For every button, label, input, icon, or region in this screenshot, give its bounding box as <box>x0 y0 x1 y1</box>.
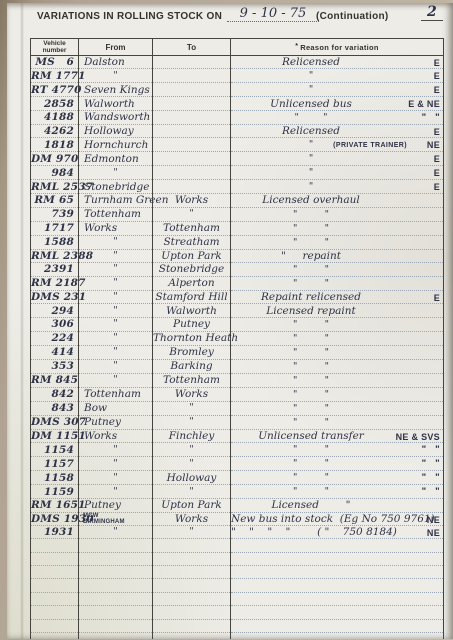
from-cell: Tottenham <box>79 387 153 401</box>
reason-text: " <box>309 70 313 81</box>
to-cell <box>153 539 231 552</box>
vehicle-number-cell: RM 1651 <box>31 499 79 512</box>
from-cell: " <box>79 331 153 345</box>
to-cell: Alperton <box>153 276 231 290</box>
vehicle-number-cell: 843 <box>31 401 79 415</box>
district-mark: " " <box>422 472 440 484</box>
reason-text: " " <box>293 403 329 414</box>
reason-cell <box>231 566 444 579</box>
from-cell: Bow <box>79 401 153 415</box>
vehicle-number-cell: 1717 <box>31 221 79 235</box>
page-crease <box>20 3 24 639</box>
reason-text: " <box>309 181 313 192</box>
table-row: 4188 Wandsworth " "" " <box>31 110 444 124</box>
district-mark: E <box>434 84 440 96</box>
table-row: RM 2187 " Alperton " " <box>31 276 444 290</box>
reason-cell: "E <box>231 166 444 180</box>
vehicle-number-cell: 1157 <box>31 457 79 471</box>
table-row: RML 2537 Stonebridge "E <box>31 180 444 194</box>
vehicle-number-cell: DM 1151 <box>31 429 79 442</box>
reason-text: " " <box>293 444 329 455</box>
reason-text: " " <box>295 112 328 123</box>
table-row <box>31 619 444 632</box>
table-row: 2391 " Stonebridge " " <box>31 262 444 276</box>
table-row: 306 " Putney " " <box>31 317 444 331</box>
reason-text: Licensed overhaul <box>262 194 359 206</box>
vehicle-number-cell: 4262 <box>31 124 79 137</box>
table-row: RM 65 Turnham Green Works Licensed overh… <box>31 194 444 207</box>
reason-cell: "(PRIVATE TRAINER)NE <box>231 138 444 152</box>
from-cell: Turnham Green <box>79 194 153 207</box>
to-cell: Finchley <box>153 429 231 442</box>
from-cell <box>79 579 153 592</box>
reason-cell: " " <box>231 276 444 290</box>
table-row: 1157 " " " "" " <box>31 457 444 471</box>
vehicle-number-cell: 306 <box>31 317 79 331</box>
table-row: 2858 Walworth Unlicensed busE & NE <box>31 97 444 110</box>
form-title: VARIATIONS IN ROLLING STOCK ON <box>37 11 222 22</box>
reason-cell: Licensed repaint <box>231 304 444 317</box>
from-cell: " <box>79 471 153 485</box>
table-row: 1159 " " " "" " <box>31 485 444 499</box>
table-row: 842 Tottenham Works " " <box>31 387 444 401</box>
reason-cell: " "" " <box>231 443 444 457</box>
from-cell <box>79 606 153 619</box>
reason-cell: RelicensedE <box>231 124 444 137</box>
from-cell: " <box>79 373 153 387</box>
to-cell: Streatham <box>153 235 231 249</box>
table-row: DMS 1930 MCW BIRMINGHAM Works New bus in… <box>31 512 444 525</box>
from-cell <box>79 619 153 632</box>
reason-text: " " <box>293 347 329 358</box>
table-row: 1158 " Holloway " "" " <box>31 471 444 485</box>
reason-text: " <box>309 84 313 95</box>
reason-cell: Unlicensed transferNE & SVS <box>231 429 444 442</box>
vehicle-number-cell <box>31 606 79 619</box>
from-cell: Walworth <box>79 97 153 110</box>
reason-cell: " " <box>231 317 444 331</box>
reason-text: " " <box>293 389 329 400</box>
reason-text: Unlicensed transfer <box>258 430 364 442</box>
table-row: 984 " "E <box>31 166 444 180</box>
reason-text: " <box>309 139 313 150</box>
continuation-label: (Continuation) <box>316 11 389 22</box>
table-header-row: Vehicle number From To *Reason for varia… <box>31 39 444 56</box>
from-cell <box>79 633 153 639</box>
reason-cell: " "" " <box>231 485 444 499</box>
reason-cell <box>231 619 444 632</box>
from-cell: " <box>79 166 153 180</box>
vehicle-number-cell: RM 2187 <box>31 276 79 290</box>
from-cell: Works <box>79 221 153 235</box>
to-cell: Upton Park <box>153 249 231 262</box>
from-cell: " <box>79 262 153 276</box>
table-row: RML 2388 " Upton Park " repaint <box>31 249 444 262</box>
to-cell: Stamford Hill <box>153 290 231 303</box>
from-cell <box>79 539 153 552</box>
reason-text: " " <box>293 472 329 483</box>
to-cell: Barking <box>153 359 231 373</box>
reason-cell: Licensed overhaul <box>231 194 444 207</box>
vehicle-number-cell <box>31 579 79 592</box>
to-cell: Works <box>153 387 231 401</box>
from-cell: Wandsworth <box>79 110 153 124</box>
reason-cell: " repaint <box>231 249 444 262</box>
vehicle-number-cell: RM 65 <box>31 194 79 207</box>
vehicle-number-cell: 842 <box>31 387 79 401</box>
vehicle-number-cell: 1818 <box>31 138 79 152</box>
vehicle-number-cell: 4188 <box>31 110 79 124</box>
to-cell <box>153 606 231 619</box>
reason-text: " <box>309 153 313 164</box>
vehicle-number-cell: 1931 <box>31 525 79 538</box>
vehicle-number-cell: DMS 231 <box>31 290 79 303</box>
reason-text: Licensed " <box>271 499 350 511</box>
from-cell: Dalston <box>79 56 153 69</box>
district-mark: NE <box>427 527 440 539</box>
vehicle-number-cell: RML 2537 <box>31 180 79 194</box>
rolling-stock-table: Vehicle number From To *Reason for varia… <box>30 38 444 639</box>
vehicle-number-cell: DMS 1930 <box>31 512 79 525</box>
reason-cell: " "" " <box>231 110 444 124</box>
reason-text: " " <box>293 209 329 220</box>
to-cell: Thornton Heath <box>153 331 231 345</box>
date-handwritten: 9 - 10 - 75 <box>227 6 319 22</box>
reason-cell: " " <box>231 387 444 401</box>
reason-cell: Repaint relicensedE <box>231 290 444 303</box>
to-cell: Tottenham <box>153 373 231 387</box>
to-cell <box>153 56 231 69</box>
vehicle-number-cell: 1588 <box>31 235 79 249</box>
reason-cell: " " <box>231 373 444 387</box>
to-cell: Upton Park <box>153 499 231 512</box>
from-cell: " <box>79 317 153 331</box>
to-cell: " <box>153 457 231 471</box>
from-cell: Putney <box>79 499 153 512</box>
table-row: DMS 307 Putney " " " <box>31 415 444 429</box>
reason-text: Unlicensed bus <box>270 98 352 110</box>
vehicle-number-cell: RM 845 <box>31 373 79 387</box>
from-cell: Works <box>79 429 153 442</box>
to-cell: Walworth <box>153 304 231 317</box>
district-mark: NE <box>427 139 440 151</box>
to-cell <box>153 69 231 83</box>
table-row: 224 " Thornton Heath " " <box>31 331 444 345</box>
reason-text: " " " " ( " 750 8184) <box>231 526 397 538</box>
reason-cell: Licensed " <box>231 499 444 512</box>
reason-cell <box>231 579 444 592</box>
reason-cell: " " <box>231 235 444 249</box>
reason-text: " repaint <box>281 250 341 262</box>
reason-cell <box>231 592 444 605</box>
vehicle-number-cell: 224 <box>31 331 79 345</box>
table-row <box>31 539 444 552</box>
reason-text: " " <box>293 486 329 497</box>
reason-text: " " <box>293 278 329 289</box>
reason-text: " " <box>293 237 329 248</box>
asterisk-icon: * <box>295 43 298 50</box>
reason-cell: "E <box>231 83 444 97</box>
to-cell <box>153 619 231 632</box>
reason-cell: " " <box>231 221 444 235</box>
reason-cell: " "" " <box>231 471 444 485</box>
table-row: 1154 " " " "" " <box>31 443 444 457</box>
reason-text: New bus into stock (Eg No 750 9761) <box>231 513 435 525</box>
reason-text: Relicensed <box>282 125 340 137</box>
to-cell: Bromley <box>153 345 231 359</box>
to-cell <box>153 97 231 110</box>
reason-cell: " " <box>231 331 444 345</box>
vehicle-number-cell <box>31 552 79 565</box>
vehicle-number-cell <box>31 592 79 605</box>
district-mark: E <box>434 126 440 138</box>
to-cell: " <box>153 485 231 499</box>
to-cell: Works <box>153 512 231 525</box>
district-mark: " " <box>422 486 440 498</box>
to-cell <box>153 579 231 592</box>
vehicle-number-cell: RM 1771 <box>31 69 79 83</box>
table-row: 843 Bow " " " <box>31 401 444 415</box>
reason-text: Licensed repaint <box>266 305 355 317</box>
to-cell: " <box>153 443 231 457</box>
vehicle-number-cell: RML 2388 <box>31 249 79 262</box>
district-mark: " " <box>422 444 440 456</box>
table-row <box>31 606 444 619</box>
reason-text: " <box>309 167 313 178</box>
district-mark: E <box>434 153 440 165</box>
from-cell: " <box>79 457 153 471</box>
table-row: 4262 Holloway RelicensedE <box>31 124 444 137</box>
district-mark: " " <box>422 458 440 470</box>
district-mark: E <box>434 57 440 69</box>
table-row: DM 970 Edmonton "E <box>31 152 444 166</box>
from-cell: " <box>79 276 153 290</box>
table-row: 353 " Barking " " <box>31 359 444 373</box>
reason-cell: " " " " ( " 750 8184)NE <box>231 525 444 538</box>
table-row <box>31 552 444 565</box>
to-cell <box>153 633 231 639</box>
vehicle-number-cell: 2391 <box>31 262 79 276</box>
vehicle-number-cell: 353 <box>31 359 79 373</box>
to-cell <box>153 566 231 579</box>
reason-cell: " " <box>231 262 444 276</box>
table-row: 1588 " Streatham " " <box>31 235 444 249</box>
from-cell: " <box>79 69 153 83</box>
table-row: RM 1771 " "E <box>31 69 444 83</box>
from-cell <box>79 592 153 605</box>
from-cell: Hornchurch <box>79 138 153 152</box>
header-to: To <box>153 39 231 56</box>
from-cell: Holloway <box>79 124 153 137</box>
from-cell: Stonebridge <box>79 180 153 194</box>
from-cell <box>79 566 153 579</box>
reason-text: " " <box>293 264 329 275</box>
reason-text: " " <box>293 361 329 372</box>
vehicle-number-cell: 1158 <box>31 471 79 485</box>
table-row: 1931 " " " " " " ( " 750 8184)NE <box>31 525 444 538</box>
table-row: RM 1651 Putney Upton Park Licensed " <box>31 499 444 512</box>
from-cell: " <box>79 235 153 249</box>
vehicle-number-cell <box>31 633 79 639</box>
table-row: DMS 231 " Stamford Hill Repaint relicens… <box>31 290 444 303</box>
district-mark: E & NE <box>408 98 440 110</box>
from-cell: MCW BIRMINGHAM <box>79 512 153 525</box>
document-page: VARIATIONS IN ROLLING STOCK ON 9 - 10 - … <box>7 3 453 639</box>
from-cell: Seven Kings <box>79 83 153 97</box>
vehicle-number-cell: 984 <box>31 166 79 180</box>
reason-cell: " " <box>231 345 444 359</box>
vehicle-number-cell <box>31 539 79 552</box>
district-mark: E <box>434 292 440 304</box>
from-cell: " <box>79 359 153 373</box>
vehicle-number-cell: 414 <box>31 345 79 359</box>
from-cell: " <box>79 485 153 499</box>
photo-background: VARIATIONS IN ROLLING STOCK ON 9 - 10 - … <box>0 0 453 640</box>
reason-cell: " " <box>231 415 444 429</box>
reason-text: " " <box>293 319 329 330</box>
to-cell: " <box>153 415 231 429</box>
to-cell: " <box>153 525 231 538</box>
reason-cell <box>231 552 444 565</box>
reason-note: (PRIVATE TRAINER) <box>333 140 407 152</box>
from-cell: " <box>79 304 153 317</box>
to-cell <box>153 552 231 565</box>
district-mark: E <box>434 181 440 193</box>
to-cell: Putney <box>153 317 231 331</box>
to-cell <box>153 592 231 605</box>
reason-text: " " <box>293 375 329 386</box>
reason-cell: "E <box>231 152 444 166</box>
reason-cell <box>231 606 444 619</box>
reason-text: Relicensed <box>282 56 340 68</box>
reason-cell: " "" " <box>231 457 444 471</box>
reason-cell: Unlicensed busE & NE <box>231 97 444 110</box>
header-reason: *Reason for variation <box>231 39 444 56</box>
from-cell: " <box>79 290 153 303</box>
vehicle-number-cell <box>31 619 79 632</box>
district-mark: E <box>434 70 440 82</box>
table-row: MS 6 Dalston RelicensedE <box>31 56 444 69</box>
to-cell <box>153 138 231 152</box>
vehicle-number-cell: 2858 <box>31 97 79 110</box>
table-row: 294 " Walworth Licensed repaint <box>31 304 444 317</box>
reason-cell: "E <box>231 180 444 194</box>
to-cell <box>153 166 231 180</box>
reason-cell: RelicensedE <box>231 56 444 69</box>
table-row: 739 Tottenham " " " <box>31 207 444 221</box>
from-cell: Putney <box>79 415 153 429</box>
from-cell: " <box>79 443 153 457</box>
vehicle-number-cell: DMS 307 <box>31 415 79 429</box>
from-cell: Edmonton <box>79 152 153 166</box>
reason-cell <box>231 633 444 639</box>
reason-cell: " " <box>231 207 444 221</box>
to-cell <box>153 180 231 194</box>
from-cell <box>79 552 153 565</box>
vehicle-number-cell: 739 <box>31 207 79 221</box>
page-number: 2 <box>421 4 443 21</box>
table-row: RM 845 " Tottenham " " <box>31 373 444 387</box>
vehicle-number-cell: MS 6 <box>31 56 79 69</box>
table-row: 414 " Bromley " " <box>31 345 444 359</box>
to-cell <box>153 110 231 124</box>
vehicle-number-cell: 294 <box>31 304 79 317</box>
from-cell: " <box>79 345 153 359</box>
table-row <box>31 566 444 579</box>
to-cell: Holloway <box>153 471 231 485</box>
table-row: 1818 Hornchurch "(PRIVATE TRAINER)NE <box>31 138 444 152</box>
reason-cell: "E <box>231 69 444 83</box>
district-mark: NE & SVS <box>396 431 440 443</box>
reason-cell: " " <box>231 359 444 373</box>
from-cell: Tottenham <box>79 207 153 221</box>
header-from: From <box>79 39 153 56</box>
vehicle-number-cell: 1159 <box>31 485 79 499</box>
reason-text: " " <box>293 417 329 428</box>
to-cell: " <box>153 207 231 221</box>
to-cell: Stonebridge <box>153 262 231 276</box>
to-cell: Tottenham <box>153 221 231 235</box>
to-cell <box>153 124 231 137</box>
to-cell: " <box>153 401 231 415</box>
header-vehicle-number: Vehicle number <box>31 39 79 56</box>
to-cell <box>153 152 231 166</box>
table-row <box>31 633 444 639</box>
vehicle-number-cell: DM 970 <box>31 152 79 166</box>
reason-cell: New bus into stock (Eg No 750 9761)NE <box>231 512 444 525</box>
from-cell: " <box>79 525 153 538</box>
reason-text: " " <box>293 223 329 234</box>
district-mark: E <box>434 167 440 179</box>
reason-cell: " " <box>231 401 444 415</box>
table-row: RT 4770 Seven Kings "E <box>31 83 444 97</box>
table-row: 1717 Works Tottenham " " <box>31 221 444 235</box>
table-row <box>31 579 444 592</box>
to-cell <box>153 83 231 97</box>
table-row <box>31 592 444 605</box>
header-reason-label: Reason for variation <box>300 43 379 52</box>
vehicle-number-cell <box>31 566 79 579</box>
district-mark: NE <box>427 514 440 526</box>
table-body: MS 6 Dalston RelicensedE RM 1771 " "E RT… <box>31 56 444 640</box>
vehicle-number-cell: RT 4770 <box>31 83 79 97</box>
table-row: DM 1151 Works Finchley Unlicensed transf… <box>31 429 444 442</box>
reason-text: " " <box>293 458 329 469</box>
vehicle-number-cell: 1154 <box>31 443 79 457</box>
reason-text: " " <box>293 333 329 344</box>
district-mark: " " <box>422 112 440 124</box>
reason-cell <box>231 539 444 552</box>
reason-text: Repaint relicensed <box>261 291 361 303</box>
